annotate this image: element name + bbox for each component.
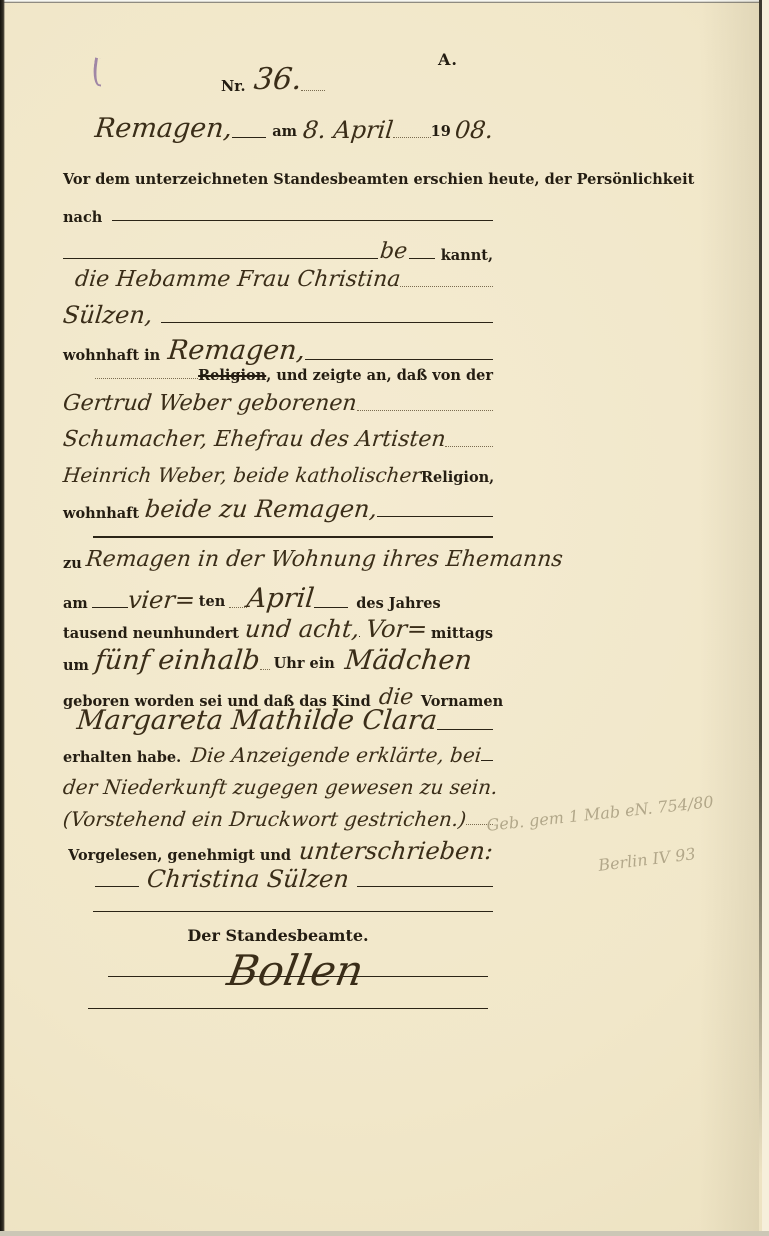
- declarant-name-part2: Sülzen,: [62, 304, 154, 327]
- closing-line: Vorgelesen, genehmigt und unterschrieben…: [63, 840, 493, 863]
- blank-rule: [314, 607, 348, 608]
- birth-record-scan: A. Nr. 36. Remagen, am 8. April 19 08. V…: [0, 0, 769, 1236]
- nach-label: nach: [63, 210, 102, 225]
- declarant-line-1: die Hebamme Frau Christina: [63, 270, 493, 291]
- date-value: 8. April: [302, 119, 394, 142]
- place-date-line: Remagen, am 8. April 19 08.: [63, 116, 493, 142]
- note-line-1: der Niederkunft zugegen gewesen zu sein.: [63, 778, 493, 797]
- time-value: fünf einhalb: [94, 648, 261, 674]
- birthday-line: am vier= ten April des Jahres: [63, 586, 493, 612]
- note-text-2: (Vorstehend ein Druckwort gestrichen.): [62, 810, 467, 829]
- declarant-signature-line: Christina Sülzen: [63, 868, 493, 891]
- signature-rule-2: [88, 1008, 488, 1009]
- residence-value: Remagen,: [167, 338, 307, 364]
- thousand-printed: tausend neunhundert: [63, 626, 239, 641]
- received-line: erhalten habe. Die Anzeigende erklärte, …: [63, 746, 493, 765]
- blank-rule: [92, 607, 128, 608]
- registrar-signature: Bollen: [224, 946, 368, 995]
- registrar-label: Der Standesbeamte.: [187, 928, 368, 945]
- received-hand: Die Anzeigende erklärte, bei: [190, 746, 482, 765]
- blank-dotted: [229, 607, 247, 608]
- blank-struck: [95, 378, 198, 379]
- intro-text: Vor dem unterzeichneten Standesbeamten e…: [63, 172, 694, 187]
- mother-line-2: Schumacher, Ehefrau des Artisten: [63, 430, 493, 451]
- time-suffix: Uhr ein: [274, 656, 335, 671]
- day-value: vier=: [127, 589, 196, 612]
- blank-rule: [377, 516, 493, 517]
- page-margin-right: [762, 0, 769, 1236]
- birthplace-label: zu: [63, 556, 82, 571]
- note-text-1: der Niederkunft zugegen gewesen zu sein.: [62, 778, 499, 797]
- record-number-line: Nr. 36.: [63, 66, 493, 95]
- birthplace-line: zu Remagen in der Wohnung ihres Ehemanns: [63, 550, 493, 571]
- declarant-signature: Christina Sülzen: [146, 868, 350, 891]
- pencil-note-line-2: Berlin IV 93: [597, 844, 696, 875]
- blank-dotted: [357, 410, 494, 411]
- declarant-name-part1: die Hebamme Frau Christina: [74, 270, 402, 291]
- blank-rule: [93, 911, 493, 912]
- blank-rule: [112, 220, 493, 221]
- year-value: 08.: [454, 119, 495, 142]
- blank-rule: [357, 886, 493, 887]
- residence-label: wohnhaft in: [63, 348, 160, 363]
- blank-rule: [437, 729, 493, 730]
- form-column: Nr. 36. Remagen, am 8. April 19 08. Vor …: [63, 0, 493, 1236]
- mother-maiden: Schumacher, Ehefrau des Artisten: [62, 430, 447, 451]
- residence2-value: beide zu Remagen,: [144, 498, 379, 521]
- recognition-line: be kannt,: [63, 242, 493, 263]
- blank-rule: [232, 137, 266, 138]
- blank-rule: [63, 258, 378, 259]
- blank-rule: [161, 322, 493, 323]
- received-printed: erhalten habe.: [63, 750, 181, 765]
- month-value: April: [246, 586, 316, 612]
- recognition-hand: be: [379, 242, 408, 263]
- thousand-hand: und acht,: [244, 618, 361, 641]
- note-line-2: (Vorstehend ein Druckwort gestrichen.): [63, 810, 493, 829]
- closing-printed: Vorgelesen, genehmigt und: [68, 848, 291, 863]
- year-printed: 19: [431, 124, 451, 139]
- religion-line: Religion , und zeigte an, daß von der: [63, 368, 493, 383]
- meridiem-printed: mittags: [431, 626, 493, 641]
- recognition-printed: kannt,: [441, 248, 493, 263]
- registrar-title-line: Der Standesbeamte.: [63, 928, 493, 945]
- time-label: um: [63, 658, 89, 673]
- blank-dotted: [400, 286, 493, 287]
- blank-rule: [93, 536, 493, 538]
- child-sex: Mädchen: [343, 648, 473, 674]
- father-name: Heinrich Weber, beide katholischer: [62, 466, 422, 485]
- residence2-line: wohnhaft beide zu Remagen,: [63, 498, 493, 521]
- blank-rule: [359, 636, 360, 637]
- record-number-label: Nr.: [221, 79, 246, 94]
- child-names-line: Margareta Mathilde Clara: [63, 708, 493, 734]
- residence2-label: wohnhaft: [63, 506, 139, 521]
- blank-rule: [95, 886, 139, 887]
- blank-dotted: [393, 137, 431, 138]
- mother-name: Gertrud Weber geborenen: [62, 394, 358, 415]
- blank-rule: [481, 760, 493, 761]
- blank-dotted: [445, 446, 493, 447]
- page-fold-shadow: [699, 0, 759, 1236]
- date-prefix: am: [272, 124, 297, 139]
- year-suffix: des Jahres: [356, 596, 440, 611]
- day-suffix: ten: [199, 594, 225, 609]
- birthyear-line: tausend neunhundert und acht, Vor= mitta…: [63, 618, 493, 641]
- scan-edge-left: [0, 0, 5, 1236]
- nach-line: nach: [63, 210, 493, 225]
- intro-line: Vor dem unterzeichneten Standesbeamten e…: [63, 172, 493, 187]
- blank-dotted: [301, 90, 325, 91]
- record-number-value: 36.: [252, 66, 303, 95]
- mother-line-3: Heinrich Weber, beide katholischer Relig…: [63, 466, 493, 485]
- religion-rest: , und zeigte an, daß von der: [266, 368, 493, 383]
- blank-rule-line: [63, 528, 493, 542]
- birthplace-value: Remagen in der Wohnung ihres Ehemanns: [85, 550, 564, 571]
- birthtime-line: um fünf einhalb Uhr ein Mädchen: [63, 648, 493, 674]
- mother-line-1: Gertrud Weber geborenen: [63, 394, 493, 415]
- day-label: am: [63, 596, 88, 611]
- place-value: Remagen,: [94, 116, 234, 142]
- pencil-note-line-1: Geb. gem 1 Mab eN. 754/80: [486, 792, 715, 835]
- child-names: Margareta Mathilde Clara: [76, 708, 439, 734]
- religion-word-struck: Religion: [198, 368, 266, 383]
- separator-rule: [63, 902, 493, 916]
- blank-dotted: [260, 669, 270, 670]
- closing-hand: unterschrieben:: [298, 840, 494, 863]
- blank-rule: [409, 258, 435, 259]
- declarant-line-2: Sülzen,: [63, 304, 493, 327]
- page-fold-edge: [759, 0, 762, 1236]
- blank-rule: [305, 359, 493, 360]
- religion-printed: Religion,: [421, 470, 494, 485]
- meridiem-hand: Vor=: [365, 618, 429, 641]
- residence-line: wohnhaft in Remagen,: [63, 338, 493, 364]
